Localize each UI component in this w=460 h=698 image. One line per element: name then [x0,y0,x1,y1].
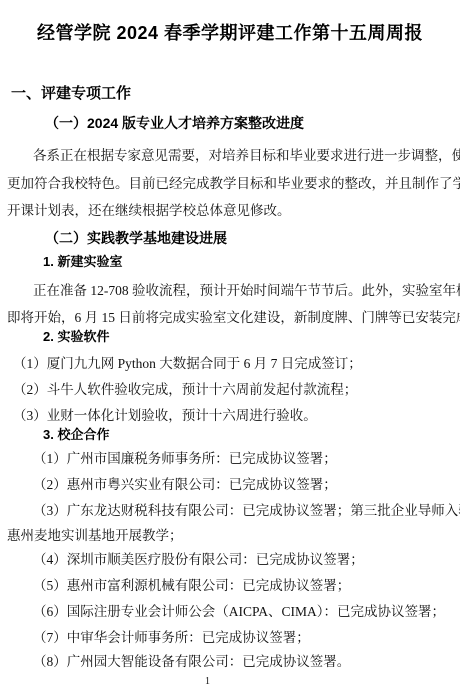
list-entry: （1）广州市国廉税务师事务所：已完成协议签署； [33,451,337,467]
numbered-heading-cooperation: 3. 校企合作 [43,428,109,443]
list-entry: （5）惠州市富利源机械有限公司：已完成协议签署； [33,578,350,594]
list-entry: （8）广州园大智能设备有限公司：已完成协议签署。 [33,654,350,670]
subsection-heading-1-2: （二）实践教学基地建设进展 [45,230,227,246]
list-entry: （3）业财一体化计划验收，预计十六周进行验收。 [13,408,317,424]
paragraph-line: 开课计划表，还在继续根据学校总体意见修改。 [7,203,291,219]
list-entry: （2）斗牛人软件验收完成，预计十六周前发起付款流程； [13,382,357,398]
document-page: 经管学院 2024 春季学期评建工作第十五周周报 一、评建专项工作 （一）202… [0,0,460,698]
paragraph-line: 更加符合我校特色。目前已经完成教学目标和毕业要求的整改，并且制作了学期 [7,176,460,192]
page-number: 1 [205,676,210,688]
list-entry: （6）国际注册专业会计师公会（AICPA、CIMA）：已完成协议签署； [33,604,445,620]
paragraph-line: 正在准备 12-708 验收流程，预计开始时间端午节节后。此外，实验室年检 [33,283,460,299]
list-entry-continuation: 惠州麦地实训基地开展教学； [7,528,183,544]
numbered-heading-new-lab: 1. 新建实验室 [43,255,122,270]
document-title: 经管学院 2024 春季学期评建工作第十五周周报 [0,23,460,44]
list-entry: （2）惠州市粤兴实业有限公司：已完成协议签署； [33,477,337,493]
numbered-heading-software: 2. 实验软件 [43,330,109,345]
paragraph-line: 即将开始，6 月 15 日前将完成实验室文化建设，新制度牌、门牌等已安装完成。 [7,310,460,326]
list-entry: （4）深圳市顺美医疗股份有限公司：已完成协议签署； [33,552,364,568]
paragraph-line: 各系正在根据专家意见需要，对培养目标和毕业要求进行进一步调整，使其 [33,148,460,164]
section-heading-1: 一、评建专项工作 [11,85,131,102]
list-entry: （3）广东龙达财税科技有限公司：已完成协议签署；第三批企业导师入驻 [33,503,460,519]
list-entry: （7）中审华会计师事务所：已完成协议签署； [33,630,310,646]
list-entry: （1）厦门九九网 Python 大数据合同于 6 月 7 日完成签订； [13,356,362,372]
subsection-heading-1-1: （一）2024 版专业人才培养方案整改进度 [45,115,304,131]
